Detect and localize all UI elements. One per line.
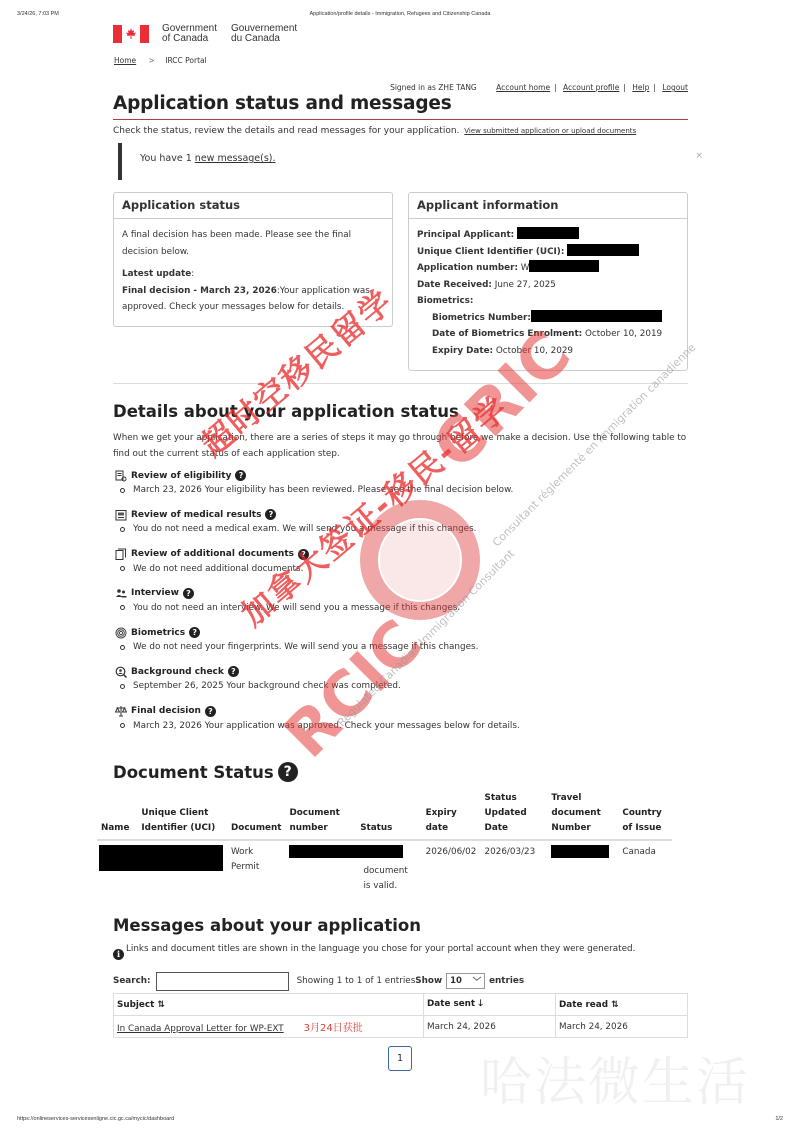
sort-icon: ⇅ xyxy=(157,1000,164,1010)
entries-info: Showing 1 to 1 of 1 entries xyxy=(297,976,416,986)
help-icon[interactable]: ? xyxy=(228,666,239,677)
search-input[interactable] xyxy=(156,972,289,991)
section-divider xyxy=(113,383,688,384)
account-bar: Signed in as ZHE TANG Account home| Acco… xyxy=(390,83,688,92)
print-page-title: Application/profile details - Immigratio… xyxy=(0,11,800,17)
table-row: Work Permit document is valid. 2026/06/0… xyxy=(97,840,672,898)
help-icon[interactable]: ? xyxy=(298,549,309,560)
view-submitted-application-link[interactable]: View submitted application or upload doc… xyxy=(464,127,636,135)
redacted-block xyxy=(99,845,223,871)
info-icon: i xyxy=(113,949,124,960)
messages-title: Messages about your application xyxy=(113,916,421,935)
new-messages-link[interactable]: new message(s). xyxy=(195,153,276,164)
account-profile-link[interactable]: Account profile xyxy=(563,83,619,92)
document-status-title: Document Status? xyxy=(113,762,298,782)
sort-date-sent[interactable]: Date sent 🡓 xyxy=(424,994,556,1016)
latest-update-label: Latest update xyxy=(122,269,191,279)
expiry-date: 2026/06/02 xyxy=(422,840,481,898)
step-additional-documents: Review of additional documents? We do no… xyxy=(115,547,690,586)
print-url: https://onlineservices-servicesenligne.c… xyxy=(17,1116,174,1122)
help-icon[interactable]: ? xyxy=(205,706,216,717)
step-medical: Review of medical results? You do not ne… xyxy=(115,507,690,546)
document-type: Work Permit xyxy=(227,840,285,898)
breadcrumb: Home > IRCC Portal xyxy=(114,56,207,65)
help-icon[interactable]: ? xyxy=(235,470,246,481)
redacted-block xyxy=(529,260,599,272)
messages-table: Subject ⇅ Date sent 🡓 Date read ⇅ In Can… xyxy=(113,993,688,1038)
signed-in-text: Signed in as ZHE TANG xyxy=(390,83,477,92)
sort-icon: ⇅ xyxy=(611,1000,618,1010)
biometrics-enrolment-date: Date of Biometrics Enrolment: October 10… xyxy=(417,326,679,343)
help-icon[interactable]: ? xyxy=(278,762,298,782)
status-updated-date: 2026/03/23 xyxy=(481,840,548,898)
date-received: Date Received: June 27, 2025 xyxy=(417,277,679,294)
breadcrumb-separator: > xyxy=(149,56,155,65)
new-message-alert: You have 1 new message(s). × xyxy=(118,143,688,180)
handwritten-annotation: 3月24日获批 xyxy=(304,1023,363,1034)
country-of-issue: Canada xyxy=(618,840,672,898)
application-number: Application number: W xyxy=(417,260,679,277)
page-size-select[interactable]: 10﹀ xyxy=(446,973,485,989)
latest-update: Final decision - March 23, 2026:Your app… xyxy=(122,283,384,316)
document-status: document is valid. xyxy=(289,864,417,894)
eligibility-icon xyxy=(115,470,127,482)
close-icon[interactable]: × xyxy=(695,151,703,161)
uci: Unique Client Identifier (UCI): xyxy=(417,244,679,261)
application-steps: Review of eligibility? March 23, 2026 Yo… xyxy=(115,468,690,743)
help-icon[interactable]: ? xyxy=(265,509,276,520)
redacted-block xyxy=(567,244,639,256)
table-header-row: Subject ⇅ Date sent 🡓 Date read ⇅ xyxy=(114,994,688,1016)
search-label: Search: xyxy=(113,976,151,986)
government-of-canada-logo[interactable]: Government of Canada Gouvernement du Can… xyxy=(113,24,297,44)
biometrics-expiry-date: Expiry Date: October 10, 2029 xyxy=(417,343,679,360)
biometrics-label: Biometrics: xyxy=(417,293,679,310)
breadcrumb-home-link[interactable]: Home xyxy=(114,56,136,65)
redacted-block xyxy=(289,845,403,858)
details-title: Details about your application status xyxy=(113,402,459,421)
gov-name-en: Government of Canada xyxy=(162,24,217,44)
redacted-block xyxy=(531,310,662,322)
page-intro: Check the status, review the details and… xyxy=(113,126,636,136)
scales-icon xyxy=(115,705,127,717)
chevron-down-icon: ﹀ xyxy=(473,975,482,987)
print-page-number: 1/2 xyxy=(775,1116,783,1122)
pagination-page-1[interactable]: 1 xyxy=(388,1046,412,1071)
messages-note: iLinks and document titles are shown in … xyxy=(113,944,635,960)
application-status-panel: Application status A final decision has … xyxy=(113,192,393,327)
breadcrumb-current: IRCC Portal xyxy=(165,56,206,65)
title-divider xyxy=(113,119,688,120)
redacted-block xyxy=(551,845,609,858)
date-sent: March 24, 2026 xyxy=(424,1016,556,1038)
background-check-icon xyxy=(115,666,127,678)
gov-name-fr: Gouvernement du Canada xyxy=(231,24,297,44)
sort-date-read[interactable]: Date read ⇅ xyxy=(556,994,688,1016)
help-icon[interactable]: ? xyxy=(183,588,194,599)
documents-icon xyxy=(115,548,127,560)
panel-heading: Application status xyxy=(114,193,392,219)
applicant-information-panel: Applicant information Principal Applican… xyxy=(408,192,688,371)
step-interview: Interview? You do not need an interview.… xyxy=(115,586,690,625)
status-text: A final decision has been made. Please s… xyxy=(122,227,384,260)
redacted-block xyxy=(517,227,579,239)
principal-applicant: Principal Applicant: xyxy=(417,227,679,244)
step-background-check: Background check? September 26, 2025 You… xyxy=(115,664,690,703)
page-title: Application status and messages xyxy=(113,93,452,114)
message-subject-link[interactable]: In Canada Approval Letter for WP-EXT xyxy=(117,1024,284,1034)
date-read: March 24, 2026 xyxy=(556,1016,688,1038)
panel-heading: Applicant information xyxy=(409,193,687,219)
show-label: Show xyxy=(415,976,442,986)
sort-subject[interactable]: Subject ⇅ xyxy=(114,994,424,1016)
watermark-bottom: 哈法微生活 xyxy=(480,1040,750,1115)
help-link[interactable]: Help xyxy=(632,83,649,92)
account-home-link[interactable]: Account home xyxy=(496,83,550,92)
fingerprint-icon xyxy=(115,627,127,639)
logout-link[interactable]: Logout xyxy=(662,83,688,92)
step-biometrics: Biometrics? We do not need your fingerpr… xyxy=(115,625,690,664)
document-status-table: Name Unique Client Identifier (UCI) Docu… xyxy=(97,788,672,898)
messages-controls: Search: Showing 1 to 1 of 1 entries Show… xyxy=(113,971,688,991)
interview-icon xyxy=(115,587,127,599)
help-icon[interactable]: ? xyxy=(189,627,200,638)
table-header-row: Name Unique Client Identifier (UCI) Docu… xyxy=(97,788,672,840)
biometrics-number: Biometrics Number: xyxy=(417,310,679,327)
details-intro: When we get your application, there are … xyxy=(113,430,691,462)
step-final-decision: Final decision? March 23, 2026 Your appl… xyxy=(115,704,690,743)
arrow-down-icon: 🡓 xyxy=(478,999,483,1009)
step-eligibility: Review of eligibility? March 23, 2026 Yo… xyxy=(115,468,690,507)
canada-flag-icon xyxy=(113,25,149,43)
medical-icon xyxy=(115,509,127,521)
table-row: In Canada Approval Letter for WP-EXT3月24… xyxy=(114,1016,688,1038)
entries-label: entries xyxy=(489,976,524,986)
